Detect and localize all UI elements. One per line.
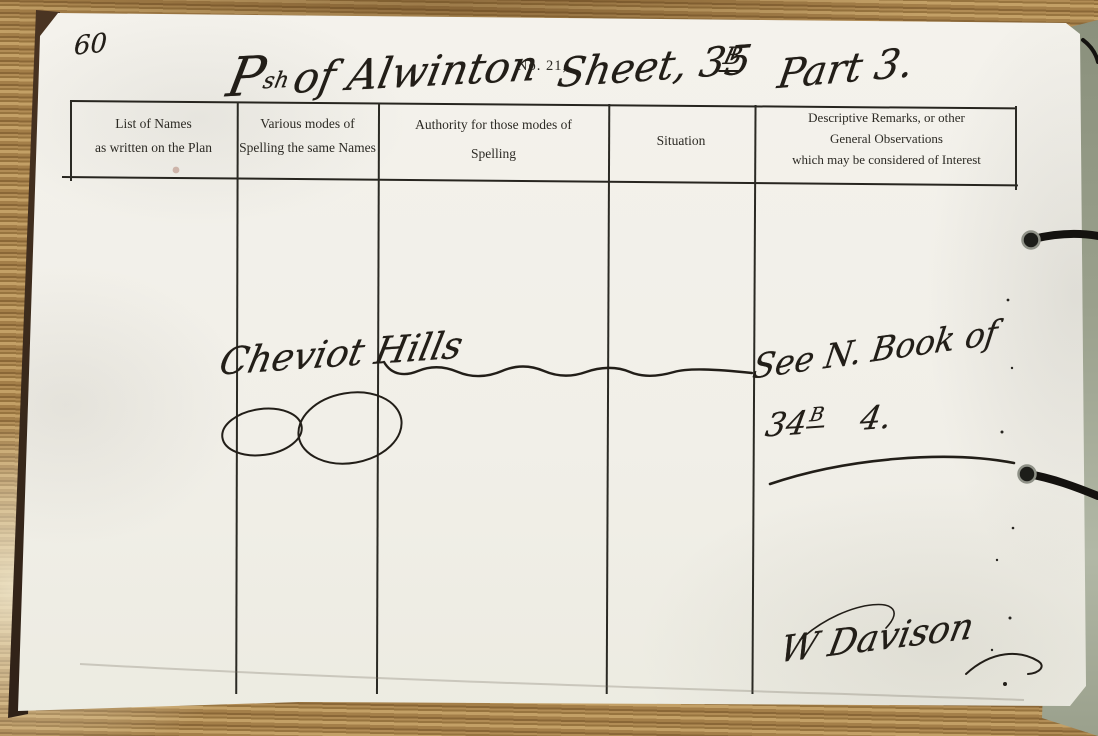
place-name-rest: of Alwinton [289,41,542,103]
column-header-spelling-modes: Various modes of Spelling the same Names [237,112,378,160]
folio-number: 60 [74,28,108,62]
column-header-names: List of Names as written on the Plan [70,112,237,160]
column-header-situation: Situation [608,112,754,170]
column-header-remarks: Descriptive Remarks, or other General Ob… [757,107,1016,170]
column-header-remarks-line3: which may be considered of Interest [757,149,1016,170]
remarks-number: 34 [763,403,810,444]
column-header-names-line1: List of Names [70,112,237,136]
column-header-authority-line2: Spelling [379,142,608,166]
column-header-spelling-line2: Spelling the same Names [237,136,378,160]
place-name-superscript: sh [261,67,291,94]
remarks-number-superscript: B [806,403,828,429]
column-header-remarks-line2: General Observations [757,128,1016,149]
scanned-register-photo: List of Names as written on the Plan Var… [0,0,1098,736]
column-header-names-line2: as written on the Plan [70,136,237,160]
column-header-remarks-line1: Descriptive Remarks, or other [757,107,1016,128]
column-header-situation-line1: Situation [657,129,706,153]
column-header-authority: Authority for those modes of Spelling [379,113,608,166]
column-header-authority-line1: Authority for those modes of [379,113,608,137]
column-header-spelling-line1: Various modes of [237,112,378,136]
